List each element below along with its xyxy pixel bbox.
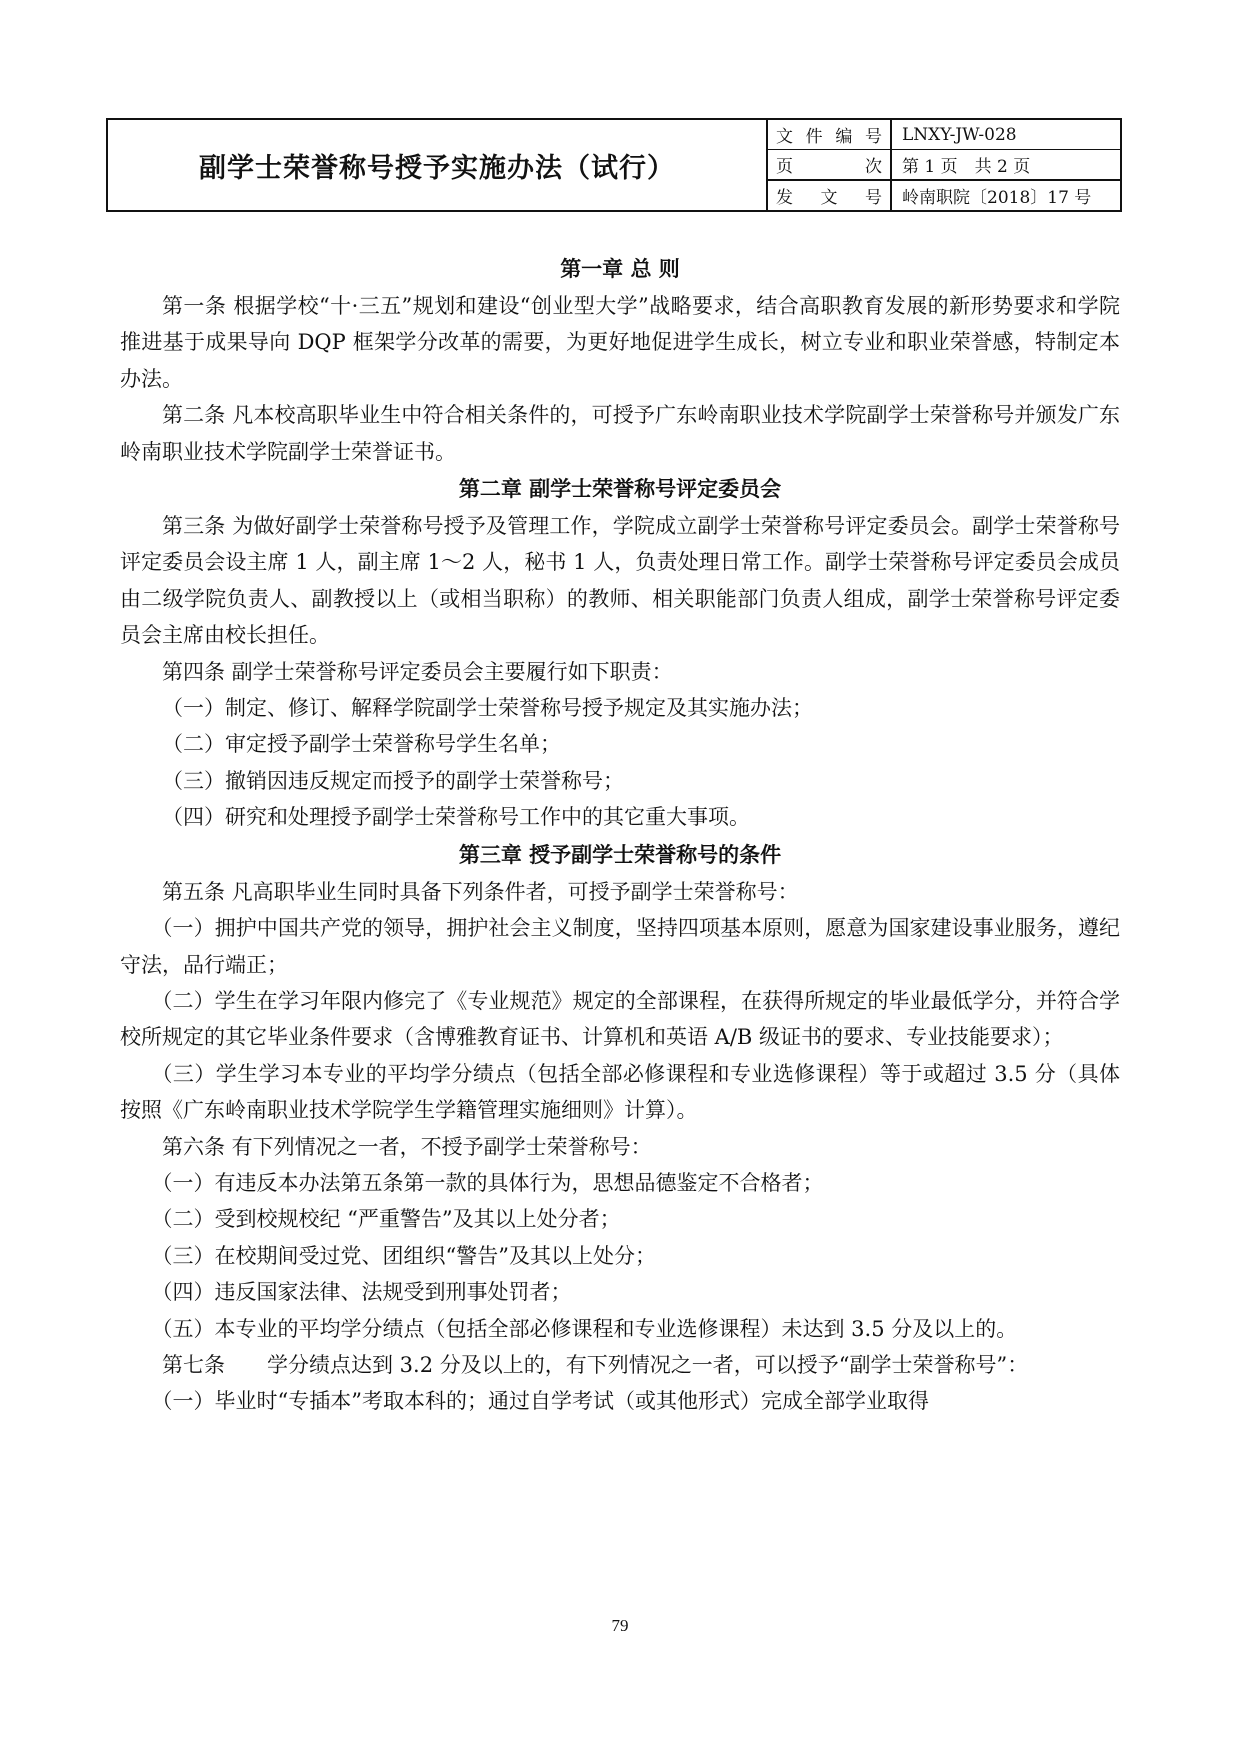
article-6-item: （四）违反国家法律、法规受到刑事处罚者； [120,1274,1120,1310]
label-char: 次 [865,152,882,177]
meta-label-page: 页 次 [768,150,892,179]
article-7: 第七条 学分绩点达到 3.2 分及以上的，有下列情况之一者，可以授予“副学士荣誉… [120,1347,1120,1383]
article-4-item: （四）研究和处理授予副学士荣誉称号工作中的其它重大事项。 [120,799,1120,835]
article-6-item: （二）受到校规校纪 “严重警告”及其以上处分者； [120,1201,1120,1237]
meta-value-issue-number: 岭南职院〔2018〕17 号 [892,181,1120,210]
document-meta: 文 件 编 号 LNXY-JW-028 页 次 第 1 页 共 2 页 发 文 … [768,120,1120,210]
meta-value-file-number: LNXY-JW-028 [892,120,1120,149]
article-4: 第四条 副学士荣誉称号评定委员会主要履行如下职责： [120,654,1120,690]
meta-row-page: 页 次 第 1 页 共 2 页 [768,150,1120,181]
label-char: 文 [776,122,793,147]
chapter-heading-3: 第三章 授予副学士荣誉称号的条件 [120,836,1120,874]
article-3: 第三条 为做好副学士荣誉称号授予及管理工作，学院成立副学士荣誉称号评定委员会。副… [120,508,1120,654]
article-6-item: （五）本专业的平均学分绩点（包括全部必修课程和专业选修课程）未达到 3.5 分及… [120,1311,1120,1347]
article-5-item: （三）学生学习本专业的平均学分绩点（包括全部必修课程和专业选修课程）等于或超过 … [120,1056,1120,1129]
article-2: 第二条 凡本校高职毕业生中符合相关条件的，可授予广东岭南职业技术学院副学士荣誉称… [120,397,1120,470]
article-1: 第一条 根据学校“十·三五”规划和建设“创业型大学”战略要求，结合高职教育发展的… [120,288,1120,397]
article-4-item: （一）制定、修订、解释学院副学士荣誉称号授予规定及其实施办法； [120,690,1120,726]
article-6-item: （三）在校期间受过党、团组织“警告”及其以上处分； [120,1238,1120,1274]
article-6-item: （一）有违反本办法第五条第一款的具体行为，思想品德鉴定不合格者； [120,1165,1120,1201]
meta-label-issue-number: 发 文 号 [768,181,892,210]
label-char: 页 [776,152,793,177]
article-4-item: （三）撤销因违反规定而授予的副学士荣誉称号； [120,763,1120,799]
article-6: 第六条 有下列情况之一者，不授予副学士荣誉称号： [120,1129,1120,1165]
meta-row-file-number: 文 件 编 号 LNXY-JW-028 [768,120,1120,150]
label-char: 号 [865,183,882,208]
label-char: 文 [821,183,838,208]
label-char: 件 [806,122,823,147]
label-char: 编 [835,122,852,147]
meta-row-issue-number: 发 文 号 岭南职院〔2018〕17 号 [768,181,1120,210]
article-7-item: （一）毕业时“专插本”考取本科的；通过自学考试（或其他形式）完成全部学业取得 [120,1383,1120,1419]
chapter-heading-2: 第二章 副学士荣誉称号评定委员会 [120,470,1120,508]
article-5-item: （一）拥护中国共产党的领导，拥护社会主义制度，坚持四项基本原则，愿意为国家建设事… [120,910,1120,983]
article-4-item: （二）审定授予副学士荣誉称号学生名单； [120,726,1120,762]
chapter-heading-1: 第一章 总 则 [120,250,1120,288]
document-title: 副学士荣誉称号授予实施办法（试行） [108,120,768,210]
meta-label-file-number: 文 件 编 号 [768,120,892,149]
document-header-table: 副学士荣誉称号授予实施办法（试行） 文 件 编 号 LNXY-JW-028 页 … [106,118,1122,212]
article-5: 第五条 凡高职毕业生同时具备下列条件者，可授予副学士荣誉称号： [120,874,1120,910]
label-char: 号 [865,122,882,147]
page-number: 79 [0,1616,1240,1636]
meta-value-page: 第 1 页 共 2 页 [892,150,1120,179]
article-5-item: （二）学生在学习年限内修完了《专业规范》规定的全部课程，在获得所规定的毕业最低学… [120,983,1120,1056]
label-char: 发 [776,183,793,208]
document-body: 第一章 总 则 第一条 根据学校“十·三五”规划和建设“创业型大学”战略要求，结… [120,250,1120,1420]
